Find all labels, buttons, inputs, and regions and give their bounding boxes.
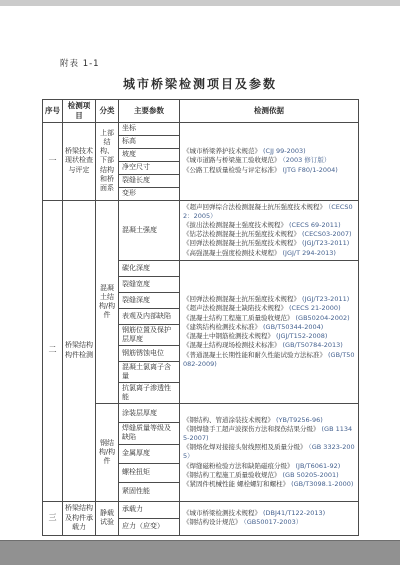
reference-entry: 《混凝土结构现场检测技术标准》(GB/T50784-2013): [183, 341, 355, 350]
standard-title: 《拔出法检测混凝土强度技术规程》: [183, 221, 287, 229]
standard-title: 《钢熔化焊对接接头射线照相及质量分级》: [183, 443, 307, 451]
cell-references-concrete-durability: 《回弹法检测混凝土抗压强度技术规程》(JGJ/T23-2011) 《超声法检测混…: [180, 260, 359, 404]
cell-category-steel: 钢结构/构件: [96, 404, 119, 501]
standard-number: (GB 50205-2001): [283, 471, 339, 479]
cell-references-1: 《城市桥梁养护技术规范》(CJJ 99-2003) 《城市道路与桥梁施工验收规范…: [180, 122, 359, 200]
header-item: 检测项目: [63, 100, 96, 123]
reference-entry: 《混凝土结构工程施工质量验收规范》(GB50204-2002): [183, 314, 355, 323]
standard-number: (GB/T3098.1-2000): [291, 480, 353, 488]
cell-param: 涂装层厚度: [119, 404, 180, 423]
standard-title: 《钻芯法检测混凝土抗压强度技术规程》: [183, 230, 300, 238]
page-title: 城市桥梁检测项目及参数: [0, 75, 400, 92]
header-parameter: 主要参数: [119, 100, 180, 123]
reference-entry: 《城市桥梁检测技术规程》(DBJ41/T122-2013): [183, 509, 355, 518]
reference-entry: 《城市桥梁养护技术规范》(CJJ 99-2003): [183, 147, 355, 156]
standard-number: (GB/T50784-2013): [283, 341, 343, 349]
cell-param: 抗氯离子渗透性能: [119, 383, 180, 404]
standard-title: 《城市桥梁检测技术规程》: [183, 509, 261, 517]
reference-entry: 《超声回弹综合法检测混凝土抗压强度技术规程》（CECS02：2005）: [183, 203, 355, 221]
cell-param: 金属厚度: [119, 444, 180, 463]
reference-entry: 《钢熔化焊对接接头射线照相及质量分级》（GB 3323-2005）: [183, 443, 355, 461]
table-row: 二 桥梁结构构件检测 混凝土结构/构件 混凝土强度 《超声回弹综合法检测混凝土抗…: [43, 200, 359, 260]
standard-title: 《高强混凝土强度检测技术规程》: [183, 249, 281, 257]
cell-param: 混凝土强度: [119, 200, 180, 260]
cell-references-concrete-strength: 《超声回弹综合法检测混凝土抗压强度技术规程》（CECS02：2005） 《拔出法…: [180, 200, 359, 260]
standard-number: (GB50204-2002): [296, 314, 350, 322]
cell-param: 标高: [119, 135, 180, 148]
cell-param: 净空尺寸: [119, 161, 180, 174]
standard-number: (CECS 69-2011): [289, 221, 341, 229]
cell-param: 钢筋位置及保护层厚度: [119, 324, 180, 345]
reference-entry: 《公路工程质量检验与评定标准》(JTG F80/1-2004): [183, 166, 355, 175]
cell-category-static-load: 静载试验: [96, 501, 119, 535]
reference-entry: 《拔出法检测混凝土强度技术规程》(CECS 69-2011): [183, 221, 355, 230]
cell-param: 变形: [119, 187, 180, 200]
standard-title: 《超声回弹综合法检测混凝土抗压强度技术规程》: [183, 203, 326, 211]
standard-title: 《混凝土结构现场检测技术标准》: [183, 341, 281, 349]
cell-param: 坡度: [119, 148, 180, 161]
standard-number: (YB/T9256-96): [276, 416, 323, 424]
reference-entry: 《钢结构设计规范》（GB50017-2003）: [183, 518, 355, 527]
reference-entry: 《超声法检测混凝土缺陷技术规程》(CECS 21-2000): [183, 304, 355, 313]
standard-number: (JGJ/T152-2008): [276, 332, 327, 340]
table-row: 一 桥梁技术现状检查与评定 上部结构、下部结构和桥面系 坐标 《城市桥梁养护技术…: [43, 122, 359, 135]
cell-param: 应力（应变）: [119, 518, 180, 535]
standard-number: (JTG F80/1-2004): [283, 166, 338, 174]
standard-number: (JGJ/T23-2011): [302, 239, 349, 247]
reference-entry: 《钢焊缝手工超声波探伤方法和探伤结果分级》(GB 11345-2007): [183, 425, 355, 443]
cell-param: 螺栓扭矩: [119, 463, 180, 482]
reference-entry: 《钻芯法检测混凝土抗压强度技术规程》(CECS03-2007): [183, 230, 355, 239]
standard-title: 《回弹法检测混凝土抗压强度技术规程》: [183, 239, 300, 247]
reference-entry: 《普通混凝土长期性能和耐久性能试验方法标准》(GB/T50082-2009): [183, 351, 355, 369]
standard-number: (JGJ/T23-2011): [302, 295, 349, 303]
header-row: 序号 检测项目 分类 主要参数 检测依据: [43, 100, 359, 123]
reference-entry: 《混凝土中钢筋检测技术规程》(JGJ/T152-2008): [183, 332, 355, 341]
reference-entry: 《城市道路与桥梁施工验收规范》（2003 修订版）: [183, 156, 355, 165]
page-top-strip: [0, 0, 400, 6]
cell-serial-1: 一: [43, 122, 63, 200]
cell-category-1: 上部结构、下部结构和桥面系: [96, 122, 119, 200]
standard-title: 《混凝土中钢筋检测技术规程》: [183, 332, 274, 340]
standard-title: 《公路工程质量检验与评定标准》: [183, 166, 281, 174]
page-bottom-strip: [0, 540, 400, 565]
standard-number: （2003 修订版）: [283, 156, 331, 164]
cell-category-concrete: 混凝土结构/构件: [96, 200, 119, 404]
standard-title: 《紧固件机械性能 螺栓螺钉和螺柱》: [183, 480, 289, 488]
cell-serial-3: 三: [43, 501, 63, 535]
reference-entry: 《焊缝磁粉检验方法和缺陷磁痕分级》(JB/T6061-92): [183, 462, 355, 471]
header-serial: 序号: [43, 100, 63, 123]
standard-title: 《建筑结构检测技术标准》: [183, 323, 261, 331]
standard-title: 《钢结构设计规范》: [183, 518, 242, 526]
standard-number: (GB/T50344-2004): [263, 323, 323, 331]
standard-title: 《回弹法检测混凝土抗压强度技术规程》: [183, 295, 300, 303]
standard-title: 《城市道路与桥梁施工验收规范》: [183, 156, 281, 164]
standard-number: (CECS03-2007): [302, 230, 352, 238]
cell-param: 裂缝长度: [119, 174, 180, 187]
cell-param: 混凝土氯离子含量: [119, 362, 180, 383]
cell-param: 碳化深度: [119, 260, 180, 276]
standard-number: (CJJ 99-2003): [263, 147, 306, 155]
table-row: 三 桥梁结构及构件承载力 静载试验 承载力 《城市桥梁检测技术规程》(DBJ41…: [43, 501, 359, 518]
reference-entry: 《钢结构工程施工质量验收规范》(GB 50205-2001): [183, 471, 355, 480]
reference-entry: 《回弹法检测混凝土抗压强度技术规程》(JGJ/T23-2011): [183, 239, 355, 248]
standard-title: 《钢结构、管道涂装技术规程》: [183, 416, 274, 424]
standard-number: （GB50017-2003）: [244, 518, 303, 526]
cell-references-3: 《城市桥梁检测技术规程》(DBJ41/T122-2013) 《钢结构设计规范》（…: [180, 501, 359, 535]
cell-param: 表观及内部缺陷: [119, 308, 180, 324]
cell-item-1: 桥梁技术现状检查与评定: [63, 122, 96, 200]
cell-item-3: 桥梁结构及构件承载力: [63, 501, 96, 535]
standard-title: 《焊缝磁粉检验方法和缺陷磁痕分级》: [183, 462, 294, 470]
standard-title: 《城市桥梁养护技术规范》: [183, 147, 261, 155]
standard-number: (JB/T6061-92): [296, 462, 341, 470]
cell-param: 裂缝宽度: [119, 276, 180, 292]
annex-label: 附表 1-1: [60, 57, 100, 69]
reference-entry: 《紧固件机械性能 螺栓螺钉和螺柱》(GB/T3098.1-2000): [183, 480, 355, 489]
cell-param: 裂缝深度: [119, 292, 180, 308]
standard-title: 《钢结构工程施工质量验收规范》: [183, 471, 281, 479]
cell-param: 坐标: [119, 122, 180, 135]
standard-title: 《混凝土结构工程施工质量验收规范》: [183, 314, 294, 322]
cell-param: 紧固性能: [119, 482, 180, 501]
standard-number: (DBJ41/T122-2013): [263, 509, 325, 517]
standard-title: 《超声法检测混凝土缺陷技术规程》: [183, 304, 287, 312]
cell-param: 钢筋锈蚀电位: [119, 346, 180, 362]
standard-title: 《钢焊缝手工超声波探伤方法和探伤结果分级》: [183, 425, 320, 433]
standard-title: 《普通混凝土长期性能和耐久性能试验方法标准》: [183, 351, 326, 359]
header-category: 分类: [96, 100, 119, 123]
header-reference: 检测依据: [180, 100, 359, 123]
cell-param: 焊缝质量等级及缺陷: [119, 423, 180, 444]
reference-entry: 《钢结构、管道涂装技术规程》(YB/T9256-96): [183, 416, 355, 425]
reference-entry: 《建筑结构检测技术标准》(GB/T50344-2004): [183, 323, 355, 332]
cell-item-2: 桥梁结构构件检测: [63, 200, 96, 501]
reference-entry: 《高强混凝土强度检测技术规程》(JGJ/T 294-2013): [183, 249, 355, 258]
standard-number: (JGJ/T 294-2013): [283, 249, 336, 257]
cell-param: 承载力: [119, 501, 180, 518]
inspection-table: 序号 检测项目 分类 主要参数 检测依据 一 桥梁技术现状检查与评定 上部结构、…: [42, 99, 359, 536]
cell-serial-2: 二: [43, 200, 63, 501]
standard-number: (CECS 21-2000): [289, 304, 341, 312]
cell-references-steel: 《钢结构、管道涂装技术规程》(YB/T9256-96) 《钢焊缝手工超声波探伤方…: [180, 404, 359, 501]
